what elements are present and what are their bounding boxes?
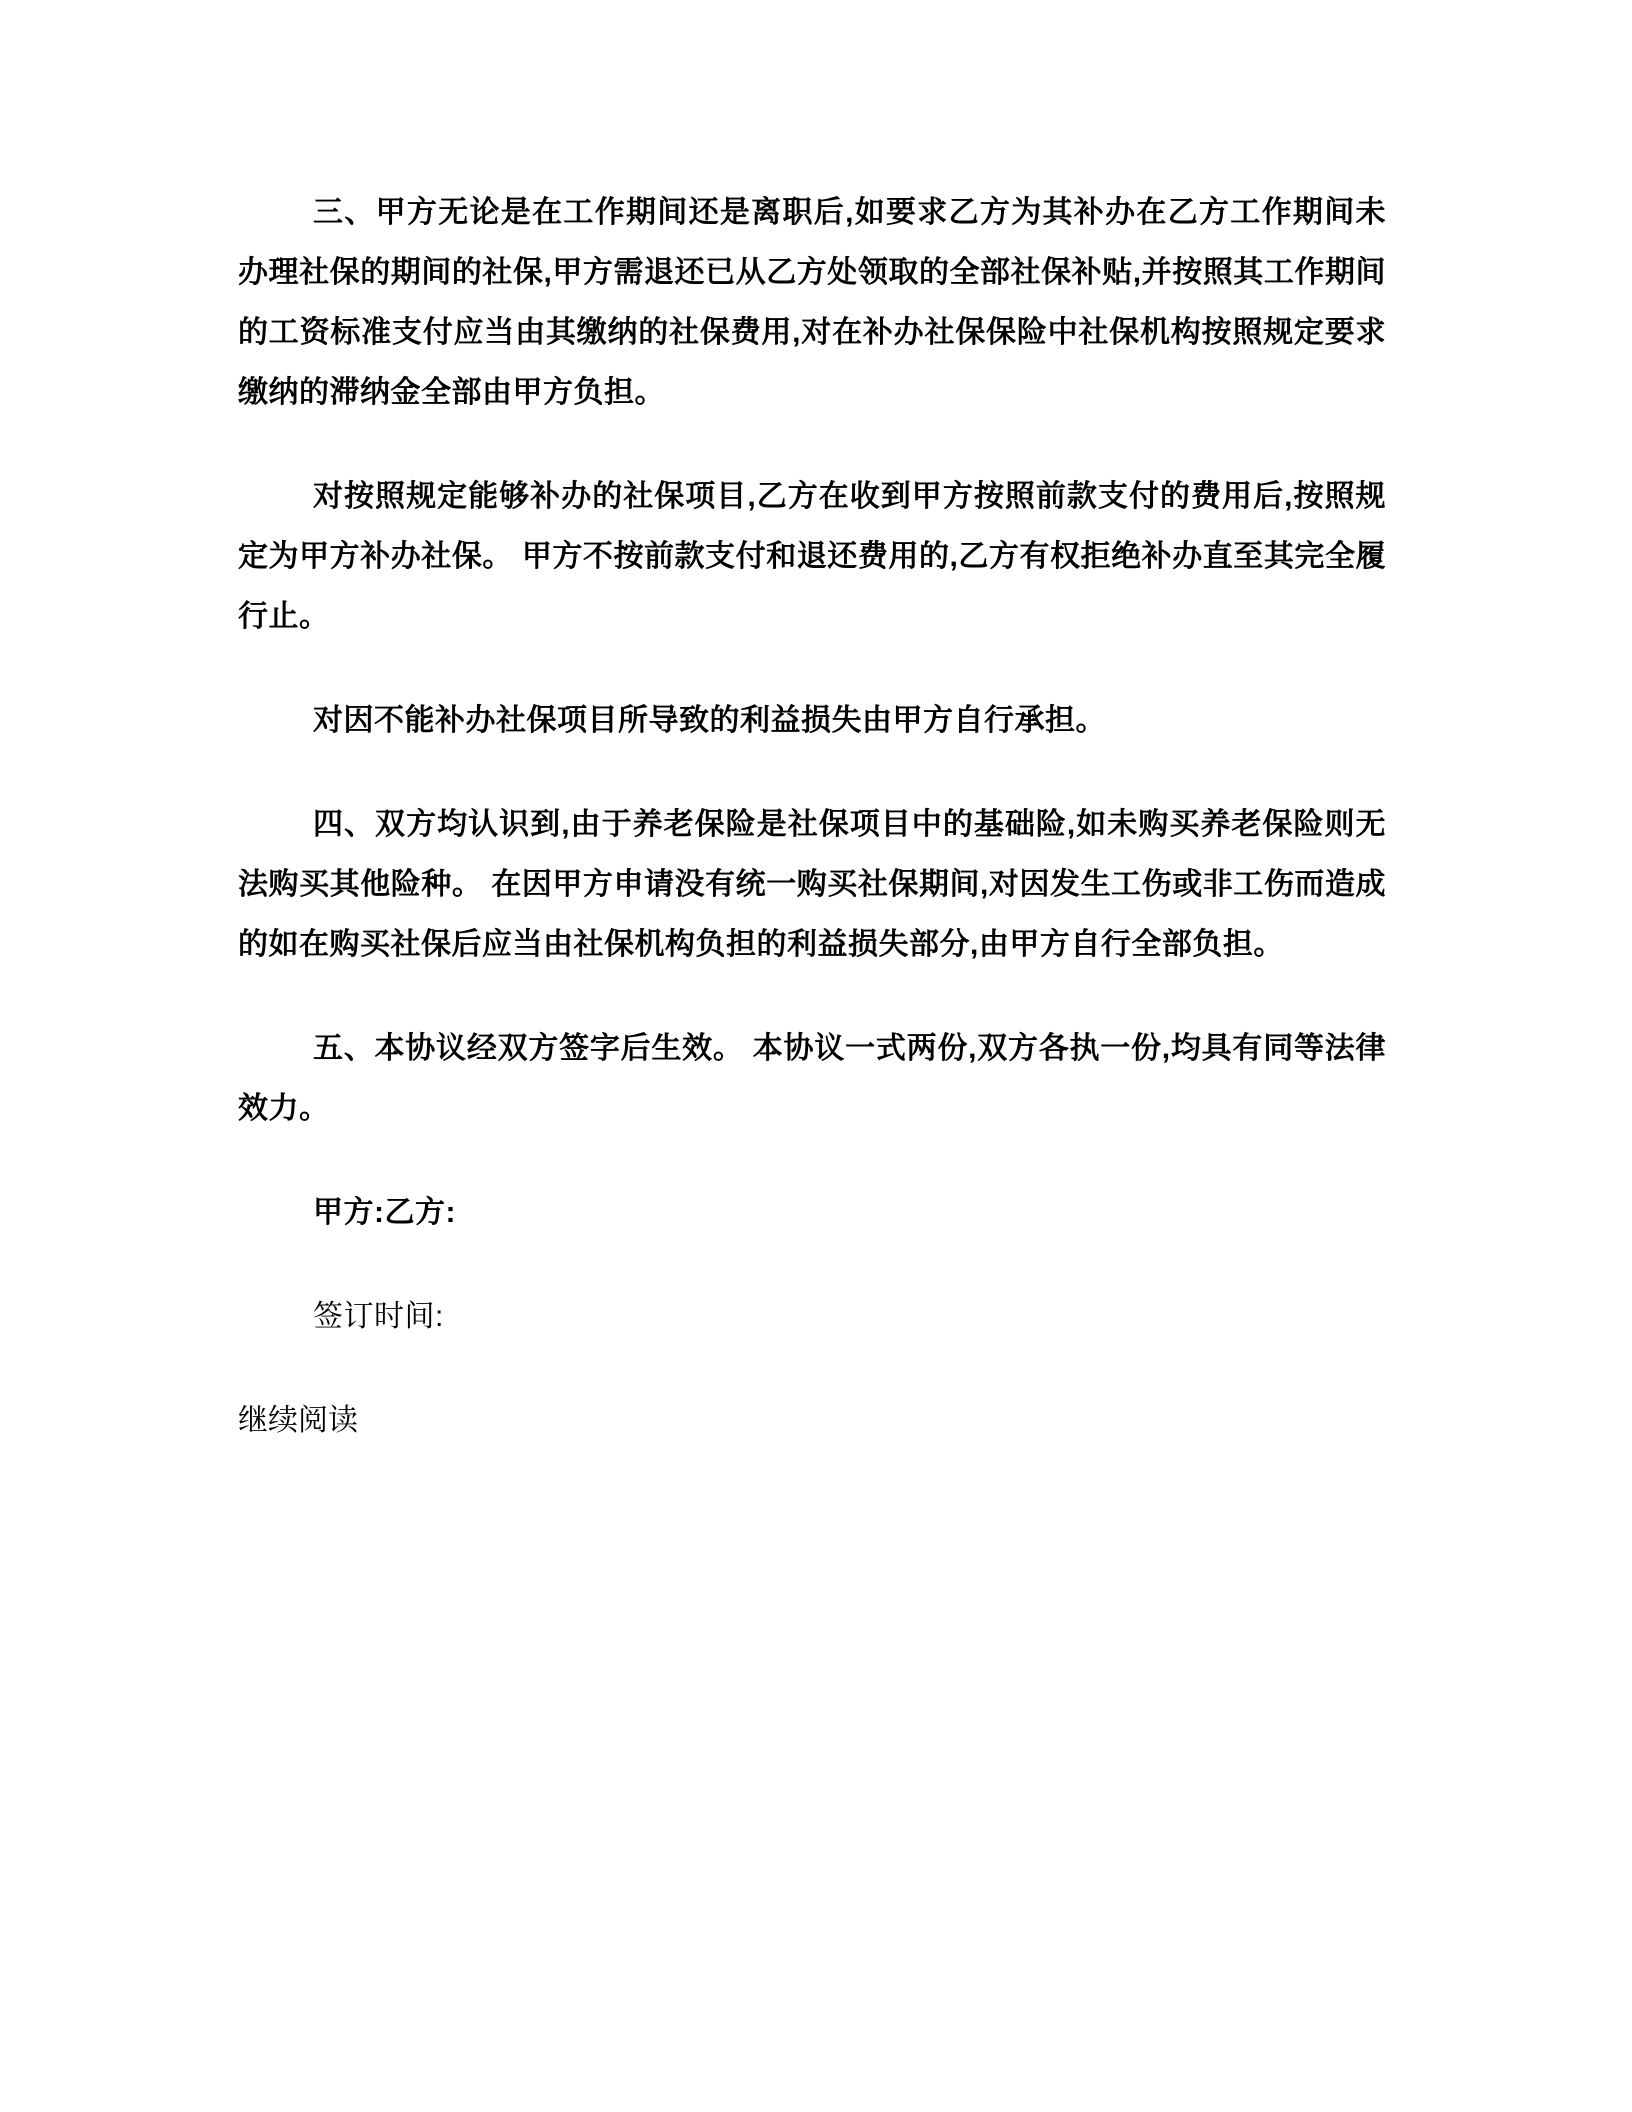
- paragraph-list: 三、甲方无论是在工作期间还是离职后,如要求乙方为其补办在乙方工作期间未办理社保的…: [238, 183, 1386, 1347]
- paragraph: 四、双方均认识到,由于养老保险是社保项目中的基础险,如未购买养老保险则无法购买其…: [238, 795, 1386, 975]
- paragraph: 签订时间:: [238, 1287, 1386, 1347]
- paragraph: 甲方:乙方:: [238, 1183, 1386, 1243]
- document-page: 三、甲方无论是在工作期间还是离职后,如要求乙方为其补办在乙方工作期间未办理社保的…: [0, 0, 1632, 2112]
- paragraph: 对按照规定能够补办的社保项目,乙方在收到甲方按照前款支付的费用后,按照规定为甲方…: [238, 467, 1386, 647]
- paragraph: 对因不能补办社保项目所导致的利益损失由甲方自行承担。: [238, 691, 1386, 751]
- document-body: 三、甲方无论是在工作期间还是离职后,如要求乙方为其补办在乙方工作期间未办理社保的…: [238, 183, 1386, 1451]
- paragraph: 三、甲方无论是在工作期间还是离职后,如要求乙方为其补办在乙方工作期间未办理社保的…: [238, 183, 1386, 423]
- paragraph: 五、本协议经双方签字后生效。 本协议一式两份,双方各执一份,均具有同等法律效力。: [238, 1019, 1386, 1139]
- continue-reading-link[interactable]: 继续阅读: [238, 1391, 358, 1451]
